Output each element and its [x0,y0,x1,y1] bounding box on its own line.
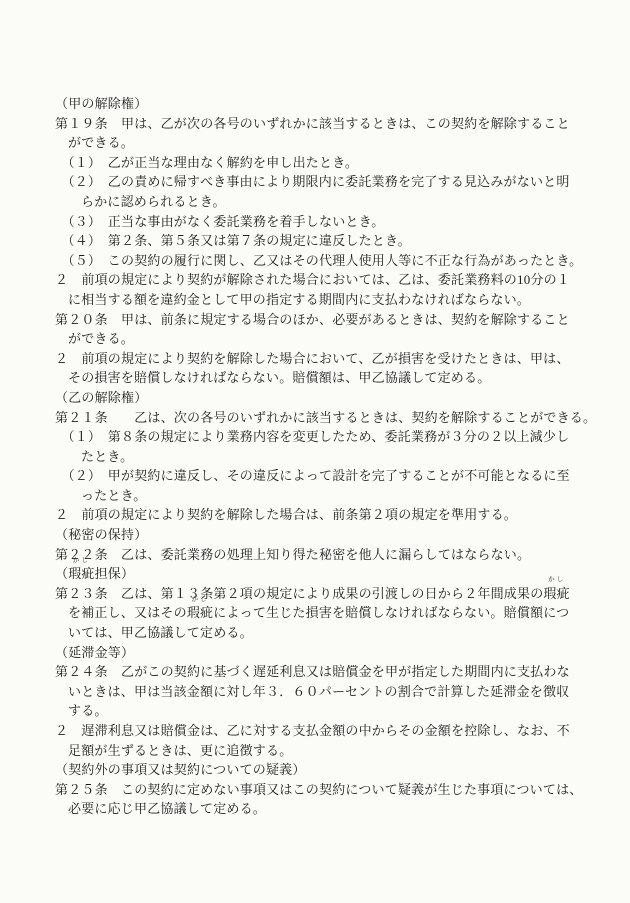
text-run: 第１９条 甲は、乙が次の各号のいずれかに該当するときは、この契約を解除すること [55,116,570,131]
text-run: ったとき。 [81,488,146,503]
article-24-para-2-line-2: 足額が生ずるときは、更に追徴する。 [55,741,590,761]
text-run: 足額が生ずるときは、更に追徴する。 [68,743,292,758]
text-run: 第２４条 乙がこの契約に基づく遅延利息又は賠償金を甲が指定した期間内に支払わな [55,664,570,679]
ruby-base-text: 瑕疵 [68,566,94,581]
contract-page: （甲の解除権）第１９条 甲は、乙が次の各号のいずれかに該当するときは、この契約を… [0,0,630,903]
article-21-item-1-line-1: （１） 第８条の規定により業務内容を変更したため、委託業務が３分の２以上減少し [55,427,590,447]
text-run: ができる。 [68,135,134,150]
text-run: （２） 乙の責めに帰すべき事由により期限内に委託業務を完了する見込みがないと明 [62,174,570,189]
text-run: によって生じた損害を賠償しなければならない。賠償額につ [213,605,569,620]
heading-kashi-tanpo: （かし瑕疵担保） [55,564,590,584]
text-run: （秘密の保持） [55,527,147,542]
article-23-line-2: を補正し、又はそのかし瑕疵によって生じた損害を賠償しなければならない。賠償額につ [55,603,590,623]
ruby-annotated-word: かし瑕疵 [68,564,94,584]
text-run: 第２３条 乙は、第１３条第２項の規定により成果の引渡しの日から２年間成果の [55,586,543,601]
article-25-line-2: 必要に応じ甲乙協議して定める。 [55,799,590,819]
article-21-item-1-line-2: たとき。 [55,447,590,467]
document-body: （甲の解除権）第１９条 甲は、乙が次の各号のいずれかに該当するときは、この契約を… [55,94,590,819]
article-21-item-2-line-1: （２） 甲が契約に違反し、その違反によって設計を完了することが不可能となるに至 [55,466,590,486]
heading-entaikin-to: （延滞金等） [55,643,590,663]
text-run: 第２２条 乙は、委託業務の処理上知り得た秘密を他人に漏らしてはならない。 [55,547,530,562]
text-run: （５） この契約の履行に関し、乙又はその代理人使用人等に不正な行為があったとき。 [62,253,583,268]
article-19-line-1: 第１９条 甲は、乙が次の各号のいずれかに該当するときは、この契約を解除すること [55,114,590,134]
text-run: 第２５条 この契約に定めない事項又はこの契約について疑義が生じた事項については、 [55,782,582,797]
text-run: （３） 正当な事由がなく委託業務を着手しないとき。 [62,214,385,229]
article-19-para-2-line-2: に相当する額を違約金として甲の指定する期間内に支払わなければならない。 [55,290,590,310]
heading-otsu-no-kaijoken: （乙の解除権） [55,388,590,408]
article-20-line-2: ができる。 [55,329,590,349]
article-19-item-4: （４） 第２条、第５条又は第７条の規定に違反したとき。 [55,231,590,251]
text-run: 第２１条 乙は、次の各号のいずれかに該当するときは、契約を解除することができる。 [55,410,596,425]
text-run: たとき。 [81,449,133,464]
text-run: （ [55,566,68,581]
text-run: 必要に応じ甲乙協議して定める。 [68,801,266,816]
text-run: ２ 前項の規定により契約を解除した場合において、乙が損害を受けたときは、甲は、 [55,351,570,366]
article-24-line-2: いときは、甲は当該金額に対し年３．６０パーセントの割合で計算した延滞金を徴収 [55,682,590,702]
text-run: （乙の解除権） [55,390,147,405]
text-run: （４） 第２条、第５条又は第７条の規定に違反したとき。 [62,233,411,248]
article-19-item-2-line-2: らかに認められるとき。 [55,192,590,212]
text-run: する。 [68,703,108,718]
ruby-annotated-word: かし瑕疵 [543,584,569,604]
text-run: 担保） [95,566,135,581]
article-21-line-1: 第２１条 乙は、次の各号のいずれかに該当するときは、契約を解除することができる。 [55,408,590,428]
heading-himitsu-no-hoji: （秘密の保持） [55,525,590,545]
article-19-para-2-line-1: ２ 前項の規定により契約が解除された場合においては、乙は、委託業務料の10分の１ [55,270,590,290]
article-21-item-2-line-2: ったとき。 [55,486,590,506]
text-run: （甲の解除権） [55,96,147,111]
article-24-para-2-line-1: ２ 遅滞利息又は賠償金は、乙に対する支払金額の中からその金額を控除し、なお、不 [55,721,590,741]
text-run: （延滞金等） [55,645,134,660]
furigana: かし [192,597,209,604]
text-run: ２ 前項の規定により契約が解除された場合においては、乙は、委託業務料の10分の１ [55,272,570,287]
text-run: （契約外の事項又は契約についての疑義） [55,762,306,777]
text-run: ２ 前項の規定により契約を解除した場合は、前条第２項の規定を準用する。 [55,507,517,522]
furigana: かし [548,577,565,584]
text-run: いときは、甲は当該金額に対し年３．６０パーセントの割合で計算した延滞金を徴収 [68,684,569,699]
text-run: （２） 甲が契約に違反し、その違反によって設計を完了することが不可能となるに至 [62,468,570,483]
article-22-line-1: 第２２条 乙は、委託業務の処理上知り得た秘密を他人に漏らしてはならない。 [55,545,590,565]
article-19-item-2-line-1: （２） 乙の責めに帰すべき事由により期限内に委託業務を完了する見込みがないと明 [55,172,590,192]
article-24-line-1: 第２４条 乙がこの契約に基づく遅延利息又は賠償金を甲が指定した期間内に支払わな [55,662,590,682]
text-run: その損害を賠償しなければならない。賠償額は、甲乙協議して定める。 [68,370,490,385]
article-20-para-2-line-2: その損害を賠償しなければならない。賠償額は、甲乙協議して定める。 [55,368,590,388]
text-run: ２ 遅滞利息又は賠償金は、乙に対する支払金額の中からその金額を控除し、なお、不 [55,723,570,738]
text-run: 第２０条 甲は、前条に規定する場合のほか、必要があるときは、契約を解除すること [55,312,570,327]
article-19-item-5: （５） この契約の履行に関し、乙又はその代理人使用人等に不正な行為があったとき。 [55,251,590,271]
text-run: ができる。 [68,331,134,346]
ruby-annotated-word: かし瑕疵 [187,603,213,623]
article-19-item-1: （１） 乙が正当な理由なく解約を申し出たとき。 [55,153,590,173]
article-23-line-3: いては、甲乙協議して定める。 [55,623,590,643]
heading-kou-no-kaijoken: （甲の解除権） [55,94,590,114]
text-run: （１） 第８条の規定により業務内容を変更したため、委託業務が３分の２以上減少し [62,429,570,444]
article-21-para-2: ２ 前項の規定により契約を解除した場合は、前条第２項の規定を準用する。 [55,505,590,525]
article-20-line-1: 第２０条 甲は、前条に規定する場合のほか、必要があるときは、契約を解除すること [55,310,590,330]
article-23-line-1: 第２３条 乙は、第１３条第２項の規定により成果の引渡しの日から２年間成果のかし瑕… [55,584,590,604]
article-19-item-3: （３） 正当な事由がなく委託業務を着手しないとき。 [55,212,590,232]
article-24-line-3: する。 [55,701,590,721]
article-20-para-2-line-1: ２ 前項の規定により契約を解除した場合において、乙が損害を受けたときは、甲は、 [55,349,590,369]
furigana: かし [73,558,90,565]
ruby-base-text: 瑕疵 [543,586,569,601]
heading-keiyakugai-no-jiko: （契約外の事項又は契約についての疑義） [55,760,590,780]
text-run: （１） 乙が正当な理由なく解約を申し出たとき。 [62,155,359,170]
text-run: いては、甲乙協議して定める。 [68,625,253,640]
text-run: に相当する額を違約金として甲の指定する期間内に支払わなければならない。 [68,292,530,307]
article-25-line-1: 第２５条 この契約に定めない事項又はこの契約について疑義が生じた事項については、 [55,780,590,800]
text-run: らかに認められるとき。 [81,194,226,209]
article-19-line-2: ができる。 [55,133,590,153]
text-run: を補正し、又はその [68,605,187,620]
ruby-base-text: 瑕疵 [187,605,213,620]
